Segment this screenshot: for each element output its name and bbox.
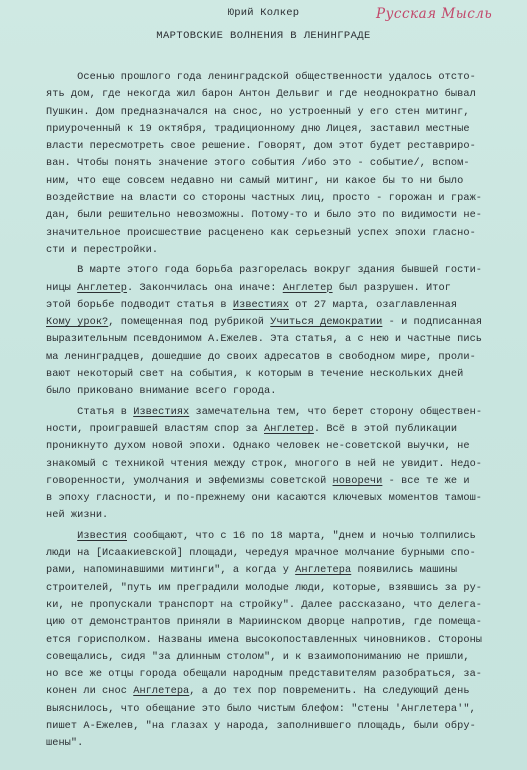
text-line: Осенью прошлого года ленинградской общес… — [46, 69, 516, 86]
text-line: Пушкин. Дом предназначался на снос, но у… — [46, 104, 516, 121]
text-line: ять дом, где некогда жил барон Антон Дел… — [46, 86, 516, 103]
text-line: ма ленинградцев, дошедшие до своих адрес… — [46, 349, 516, 366]
text-line: говоренности, умолчания и эвфемизмы сове… — [46, 473, 516, 490]
text-segment: рами, напоминавшими митинги", а когда у — [46, 564, 295, 576]
text-segment: совещались, сидя "за длинным столом", и … — [46, 651, 470, 663]
article-body: Осенью прошлого года ленинградской общес… — [46, 69, 516, 753]
text-line: В марте этого года борьба разгорелась во… — [46, 262, 516, 279]
text-segment: ван. Чтобы понять значение этого события… — [46, 157, 470, 169]
text-line: Кому урок?, помещенная под рубрикой Учит… — [46, 314, 516, 331]
text-segment: ется горисполком. Названы имена высокопо… — [46, 634, 482, 646]
text-line: сти и перестройки. — [46, 242, 516, 259]
text-line: конен ли снос Англетера, а до тех пор по… — [46, 683, 516, 700]
text-segment: В марте этого года борьба разгорелась во… — [46, 264, 482, 276]
text-segment: выразительным псевдонимом А.Ежелев. Эта … — [46, 333, 482, 345]
text-line: ним, что еще совсем недавно ни самый мит… — [46, 173, 516, 190]
text-segment: Осенью прошлого года ленинградской общес… — [46, 71, 476, 83]
text-segment: выяснилось, что обещание это было чистым… — [46, 703, 476, 715]
text-segment: говоренности, умолчания и эвфемизмы сове… — [46, 475, 333, 487]
text-segment — [46, 530, 77, 542]
underlined-reference: Англетера — [133, 685, 189, 697]
text-segment: дан, были решительно невозможны. Потому-… — [46, 209, 482, 221]
text-line: значительное происшествие расценено как … — [46, 225, 516, 242]
text-line: рами, напоминавшими митинги", а когда у … — [46, 562, 516, 579]
paragraph: Известия сообщают, что с 16 по 18 марта,… — [46, 528, 516, 753]
text-segment: Статья в — [46, 406, 133, 418]
text-segment: воздействие на власти со стороны частных… — [46, 192, 482, 204]
text-segment: пишет А-Ежелев, "на глазах у народа, зап… — [46, 720, 476, 732]
paragraph: В марте этого года борьба разгорелась во… — [46, 262, 516, 400]
text-segment: ницы — [46, 282, 77, 294]
underlined-reference: Известия — [77, 530, 127, 542]
underlined-reference: Англетера — [295, 564, 351, 576]
text-line: Статья в Известиях замечательна тем, что… — [46, 404, 516, 421]
text-segment: сообщают, что с 16 по 18 марта, "днем и … — [127, 530, 476, 542]
text-segment: цию от демонстрантов приняли в Мариинско… — [46, 616, 482, 628]
text-segment: сти и перестройки. — [46, 244, 158, 256]
text-line: воздействие на власти со стороны частных… — [46, 190, 516, 207]
text-line: власти пересмотреть свое решение. Говоря… — [46, 138, 516, 155]
text-line: вают некоторый свет на события, к которы… — [46, 366, 516, 383]
text-line: проникнуто духом новой эпохи. Однако чел… — [46, 438, 516, 455]
text-line: ницы Англетер. Закончилась она иначе: Ан… — [46, 280, 516, 297]
text-line: совещались, сидя "за длинным столом", и … — [46, 649, 516, 666]
text-line: выразительным псевдонимом А.Ежелев. Эта … — [46, 331, 516, 348]
text-segment: . Закончилась она иначе: — [127, 282, 283, 294]
text-segment: шены". — [46, 737, 83, 749]
text-line: знакомый с техникой чтения между строк, … — [46, 456, 516, 473]
text-segment: знакомый с техникой чтения между строк, … — [46, 458, 482, 470]
paragraph: Осенью прошлого года ленинградской общес… — [46, 69, 516, 259]
text-segment: замечательна тем, что берет сторону обще… — [189, 406, 482, 418]
text-line: пишет А-Ежелев, "на глазах у народа, зап… — [46, 718, 516, 735]
underlined-reference: Англетер — [283, 282, 333, 294]
text-line: шены". — [46, 735, 516, 752]
text-segment: Пушкин. Дом предназначался на снос, но у… — [46, 106, 470, 118]
article-title: МАРТОВСКИЕ ВОЛНЕНИЯ В ЛЕНИНГРАДЕ — [0, 30, 527, 42]
underlined-reference: Известиях — [133, 406, 189, 418]
underlined-reference: новоречи — [333, 475, 383, 487]
underlined-reference: Учиться демократии — [270, 316, 382, 328]
text-line: выяснилось, что обещание это было чистым… — [46, 701, 516, 718]
text-segment: - и подписанная — [382, 316, 482, 328]
handwritten-annotation: Русская Мысль — [376, 6, 492, 22]
text-segment: был разрушен. Итог — [333, 282, 451, 294]
text-segment: ним, что еще совсем недавно ни самый мит… — [46, 175, 463, 187]
text-segment: от 27 марта, озаглавленная — [289, 299, 457, 311]
text-line: строителей, "путь им преградили молодые … — [46, 580, 516, 597]
text-line: в эпоху гласности, и по-прежнему они кас… — [46, 490, 516, 507]
text-line: приуроченный к 19 октября, традиционному… — [46, 121, 516, 138]
text-segment: люди на [Исаакиевской] площади, чередуя … — [46, 547, 476, 559]
text-line: но все же отцы города обещали народным п… — [46, 666, 516, 683]
text-line: этой борьбе подводит статья в Известиях … — [46, 297, 516, 314]
text-segment: приуроченный к 19 октября, традиционному… — [46, 123, 470, 135]
text-line: Известия сообщают, что с 16 по 18 марта,… — [46, 528, 516, 545]
text-segment: но все же отцы города обещали народным п… — [46, 668, 482, 680]
paragraph: Статья в Известиях замечательна тем, что… — [46, 404, 516, 525]
underlined-reference: Кому урок? — [46, 316, 108, 328]
text-segment: значительное происшествие расценено как … — [46, 227, 476, 239]
text-segment: проникнуто духом новой эпохи. Однако чел… — [46, 440, 470, 452]
text-segment: - все те же и — [382, 475, 469, 487]
text-segment: строителей, "путь им преградили молодые … — [46, 582, 482, 594]
text-line: люди на [Исаакиевской] площади, чередуя … — [46, 545, 516, 562]
text-line: ней жизни. — [46, 507, 516, 524]
text-segment: ма ленинградцев, дошедшие до своих адрес… — [46, 351, 476, 363]
text-segment: , а до тех пор повременить. На следующий… — [189, 685, 469, 697]
text-segment: этой борьбе подводит статья в — [46, 299, 233, 311]
text-segment: было приковано внимание всего города. — [46, 385, 276, 397]
text-segment: ки, не пропускали транспорт на стройку".… — [46, 599, 482, 611]
document-page: Юрий Колкер Русская Мысль МАРТОВСКИЕ ВОЛ… — [0, 0, 527, 770]
text-line: ется горисполком. Названы имена высокопо… — [46, 632, 516, 649]
text-line: ван. Чтобы понять значение этого события… — [46, 155, 516, 172]
text-line: было приковано внимание всего города. — [46, 383, 516, 400]
text-segment: появились машины — [351, 564, 457, 576]
text-line: ки, не пропускали транспорт на стройку".… — [46, 597, 516, 614]
underlined-reference: Англетер — [264, 423, 314, 435]
text-line: цию от демонстрантов приняли в Мариинско… — [46, 614, 516, 631]
text-segment: в эпоху гласности, и по-прежнему они кас… — [46, 492, 482, 504]
underlined-reference: Англетер — [77, 282, 127, 294]
text-segment: ять дом, где некогда жил барон Антон Дел… — [46, 88, 476, 100]
underlined-reference: Известиях — [233, 299, 289, 311]
text-line: ности, проигравшей властям спор за Англе… — [46, 421, 516, 438]
text-segment: конен ли снос — [46, 685, 133, 697]
text-segment: ности, проигравшей властям спор за — [46, 423, 264, 435]
text-segment: вают некоторый свет на события, к которы… — [46, 368, 463, 380]
text-segment: власти пересмотреть свое решение. Говоря… — [46, 140, 476, 152]
text-segment: , помещенная под рубрикой — [108, 316, 270, 328]
text-line: дан, были решительно невозможны. Потому-… — [46, 207, 516, 224]
text-segment: . Всё в этой публикации — [314, 423, 457, 435]
text-segment: ней жизни. — [46, 509, 108, 521]
